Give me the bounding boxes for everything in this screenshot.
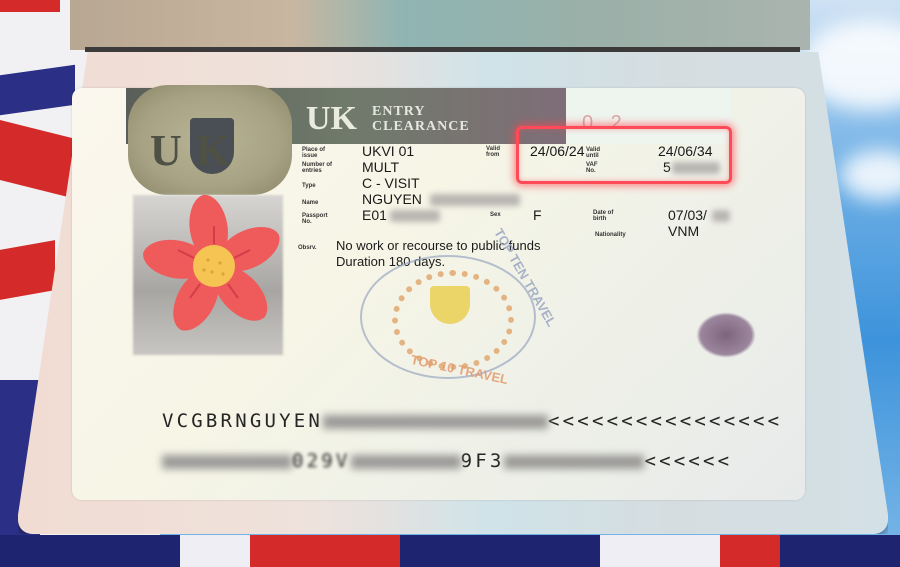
mrz-fragment: 029V xyxy=(292,450,351,472)
label-name: Name xyxy=(302,200,318,206)
crest-text: UK xyxy=(150,125,244,176)
label-place-of-issue: Place of issue xyxy=(302,147,332,159)
label-nationality: Nationality xyxy=(595,232,626,238)
redacted-dob xyxy=(712,210,730,222)
value-passport-no: E01 xyxy=(362,207,387,223)
value-sex: F xyxy=(533,207,542,223)
uk-logo: UK xyxy=(306,100,357,138)
cloud xyxy=(840,150,900,200)
value-place-of-issue: UKVI 01 xyxy=(362,143,414,159)
redacted-passport-no xyxy=(390,210,440,222)
passport-top-page xyxy=(70,0,810,50)
page-fold xyxy=(85,47,800,52)
label-date-of-birth: Date of birth xyxy=(593,210,623,222)
flag-bottom xyxy=(0,535,900,567)
label-type: Type xyxy=(302,183,316,189)
label-observations: Obsrv. xyxy=(298,245,317,251)
label-valid-from: Valid from xyxy=(486,146,508,158)
value-name: NGUYEN xyxy=(362,191,422,207)
value-number-of-entries: MULT xyxy=(362,159,399,175)
mrz-name: VCGBRNGUYEN xyxy=(162,410,323,432)
value-type: C - VISIT xyxy=(362,175,420,191)
redacted-mrz xyxy=(323,415,548,429)
validity-highlight-box xyxy=(516,126,732,184)
value-date-of-birth: 07/03/ xyxy=(668,207,707,223)
redacted-surname xyxy=(430,194,520,206)
label-passport-no: Passport No. xyxy=(302,213,332,225)
value-nationality: VNM xyxy=(668,223,699,239)
redacted-mrz xyxy=(504,455,644,469)
mrz-fillers: <<<<<<<<<<<<<<<< xyxy=(548,410,782,432)
label-sex: Sex xyxy=(490,212,501,218)
redacted-mrz xyxy=(351,455,461,469)
entry-clearance-title: ENTRY CLEARANCE xyxy=(372,104,470,134)
royal-coat-of-arms-icon xyxy=(696,312,756,358)
mrz-fillers: <<<<<< xyxy=(644,450,732,472)
redacted-mrz xyxy=(162,455,292,469)
mrz-fragment: 9F3 xyxy=(461,450,505,472)
mrz-line-1: VCGBRNGUYEN<<<<<<<<<<<<<<<< xyxy=(162,410,782,432)
mrz-line-2: 029V9F3<<<<<< xyxy=(162,450,732,472)
label-number-of-entries: Number of entries xyxy=(302,162,334,174)
flower-sticker-icon xyxy=(130,190,300,345)
